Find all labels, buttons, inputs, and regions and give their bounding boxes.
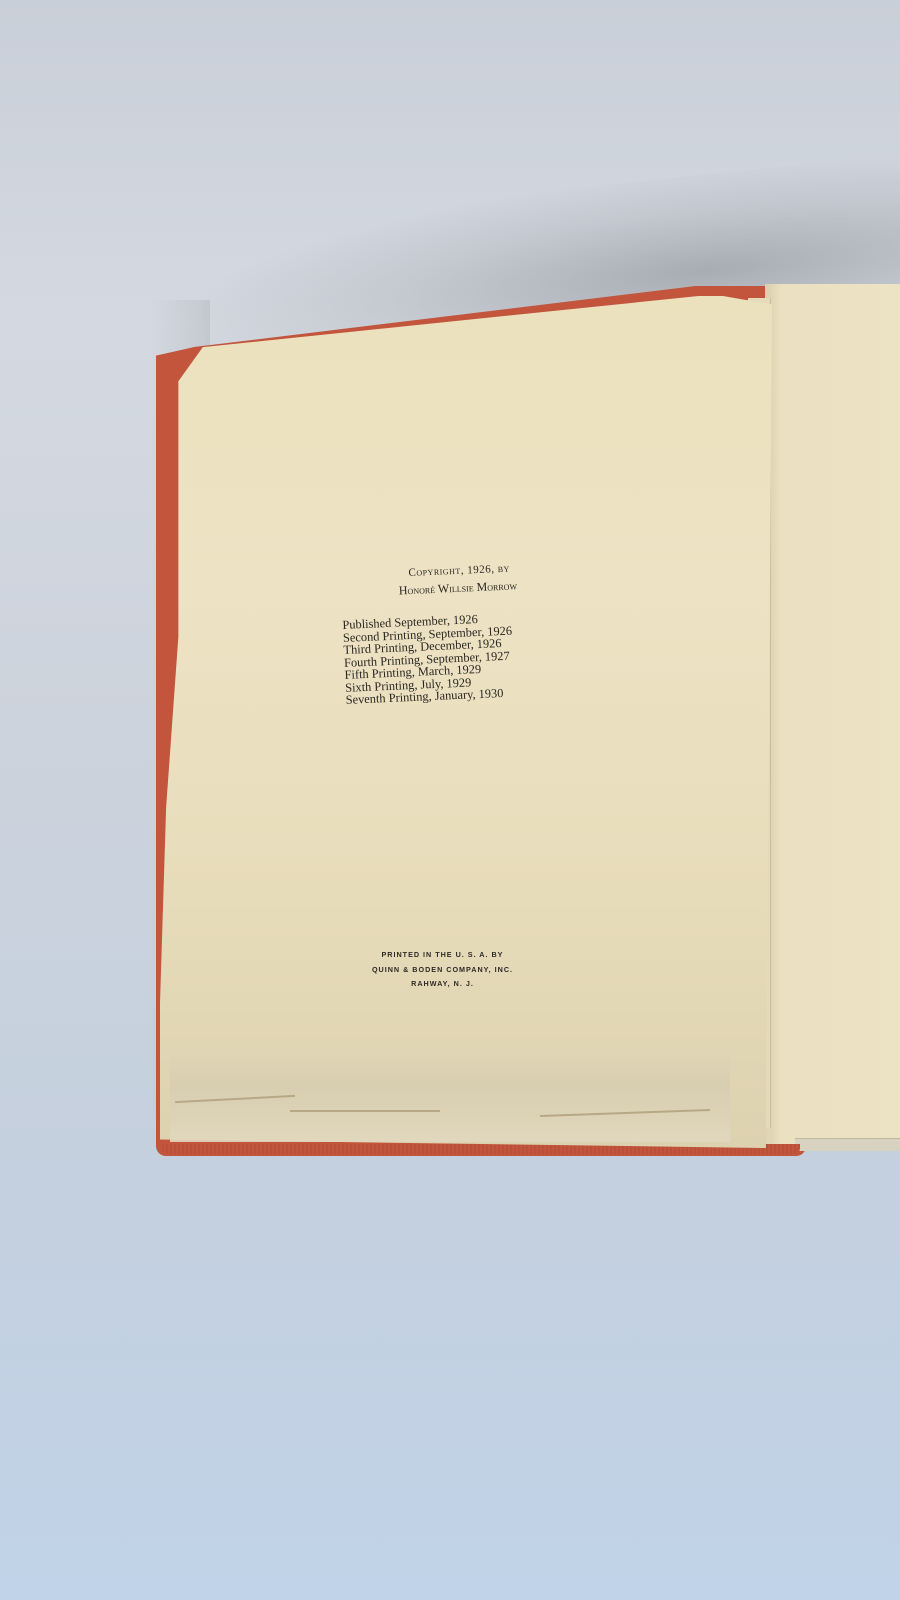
printer-line: QUINN & BODEN COMPANY, INC. [355, 963, 530, 978]
page-tear [290, 1110, 440, 1112]
printer-line: PRINTED IN THE U. S. A. BY [355, 948, 530, 963]
printer-line: RAHWAY, N. J. [355, 977, 530, 992]
right-page [765, 284, 900, 1144]
printing-history: Published September, 1926 Second Printin… [342, 609, 566, 706]
copyright-notice: Copyright, 1926, by Honoré Willsie Morro… [340, 560, 566, 706]
right-page-bottom-edge [795, 1138, 900, 1151]
copyright-page [160, 296, 772, 1148]
printer-imprint: PRINTED IN THE U. S. A. BY QUINN & BODEN… [355, 948, 530, 992]
